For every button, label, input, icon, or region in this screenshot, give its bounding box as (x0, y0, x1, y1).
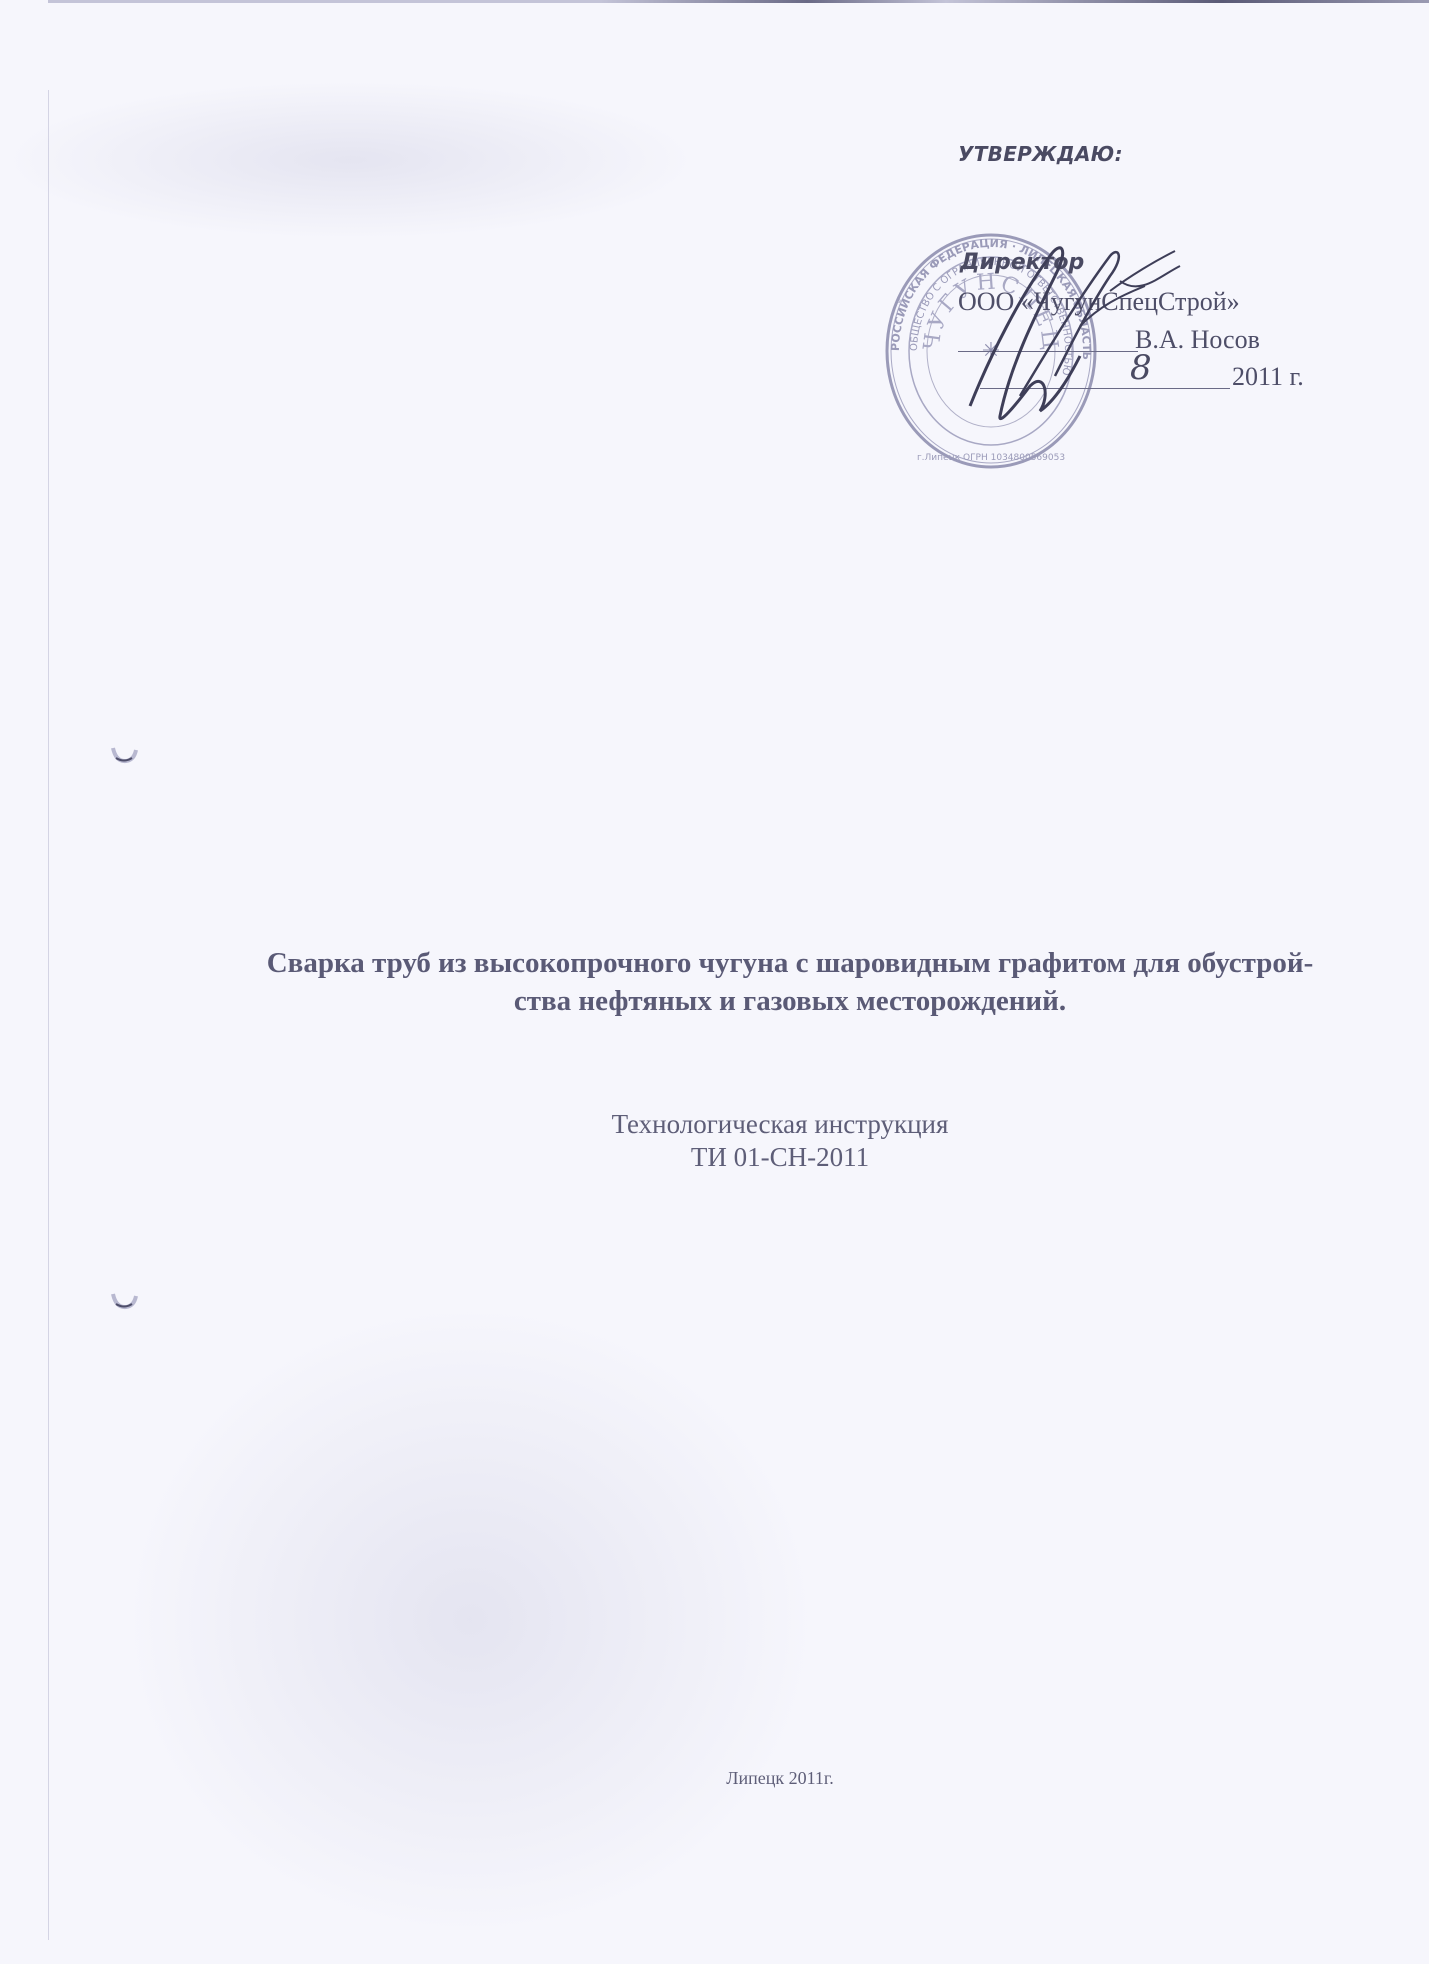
place-and-year: Липецк 2011г. (0, 1768, 1429, 1789)
punch-hole-icon (110, 1292, 140, 1312)
document-title-line-1: Сварка труб из высокопрочного чугуна с ш… (175, 944, 1405, 982)
scan-top-edge (48, 0, 1429, 3)
document-title-line-2: ства нефтяных и газовых месторождений. (175, 982, 1405, 1020)
document-page: УТВЕРЖДАЮ: РОССИЙСКАЯ ФЕДЕРАЦИЯ · ЛИПЕЦК… (0, 0, 1429, 1964)
approval-year: 2011 г. (1232, 362, 1304, 392)
document-code: ТИ 01-СН-2011 (0, 1141, 1429, 1174)
document-title: Сварка труб из высокопрочного чугуна с ш… (175, 944, 1405, 1020)
document-subtitle: Технологическая инструкция ТИ 01-СН-2011 (0, 1108, 1429, 1174)
approval-heading: УТВЕРЖДАЮ: (958, 142, 1123, 166)
punch-hole-icon (110, 746, 140, 766)
svg-text:г.Липецк ОГРН 1034800569053: г.Липецк ОГРН 1034800569053 (917, 453, 1065, 463)
scan-left-edge (48, 90, 49, 1940)
handwritten-signature-icon (960, 236, 1190, 436)
scan-smudge (0, 80, 700, 240)
approval-heading-block: УТВЕРЖДАЮ: (958, 142, 1123, 166)
scan-smudge (120, 1300, 820, 1940)
document-type: Технологическая инструкция (0, 1108, 1429, 1141)
